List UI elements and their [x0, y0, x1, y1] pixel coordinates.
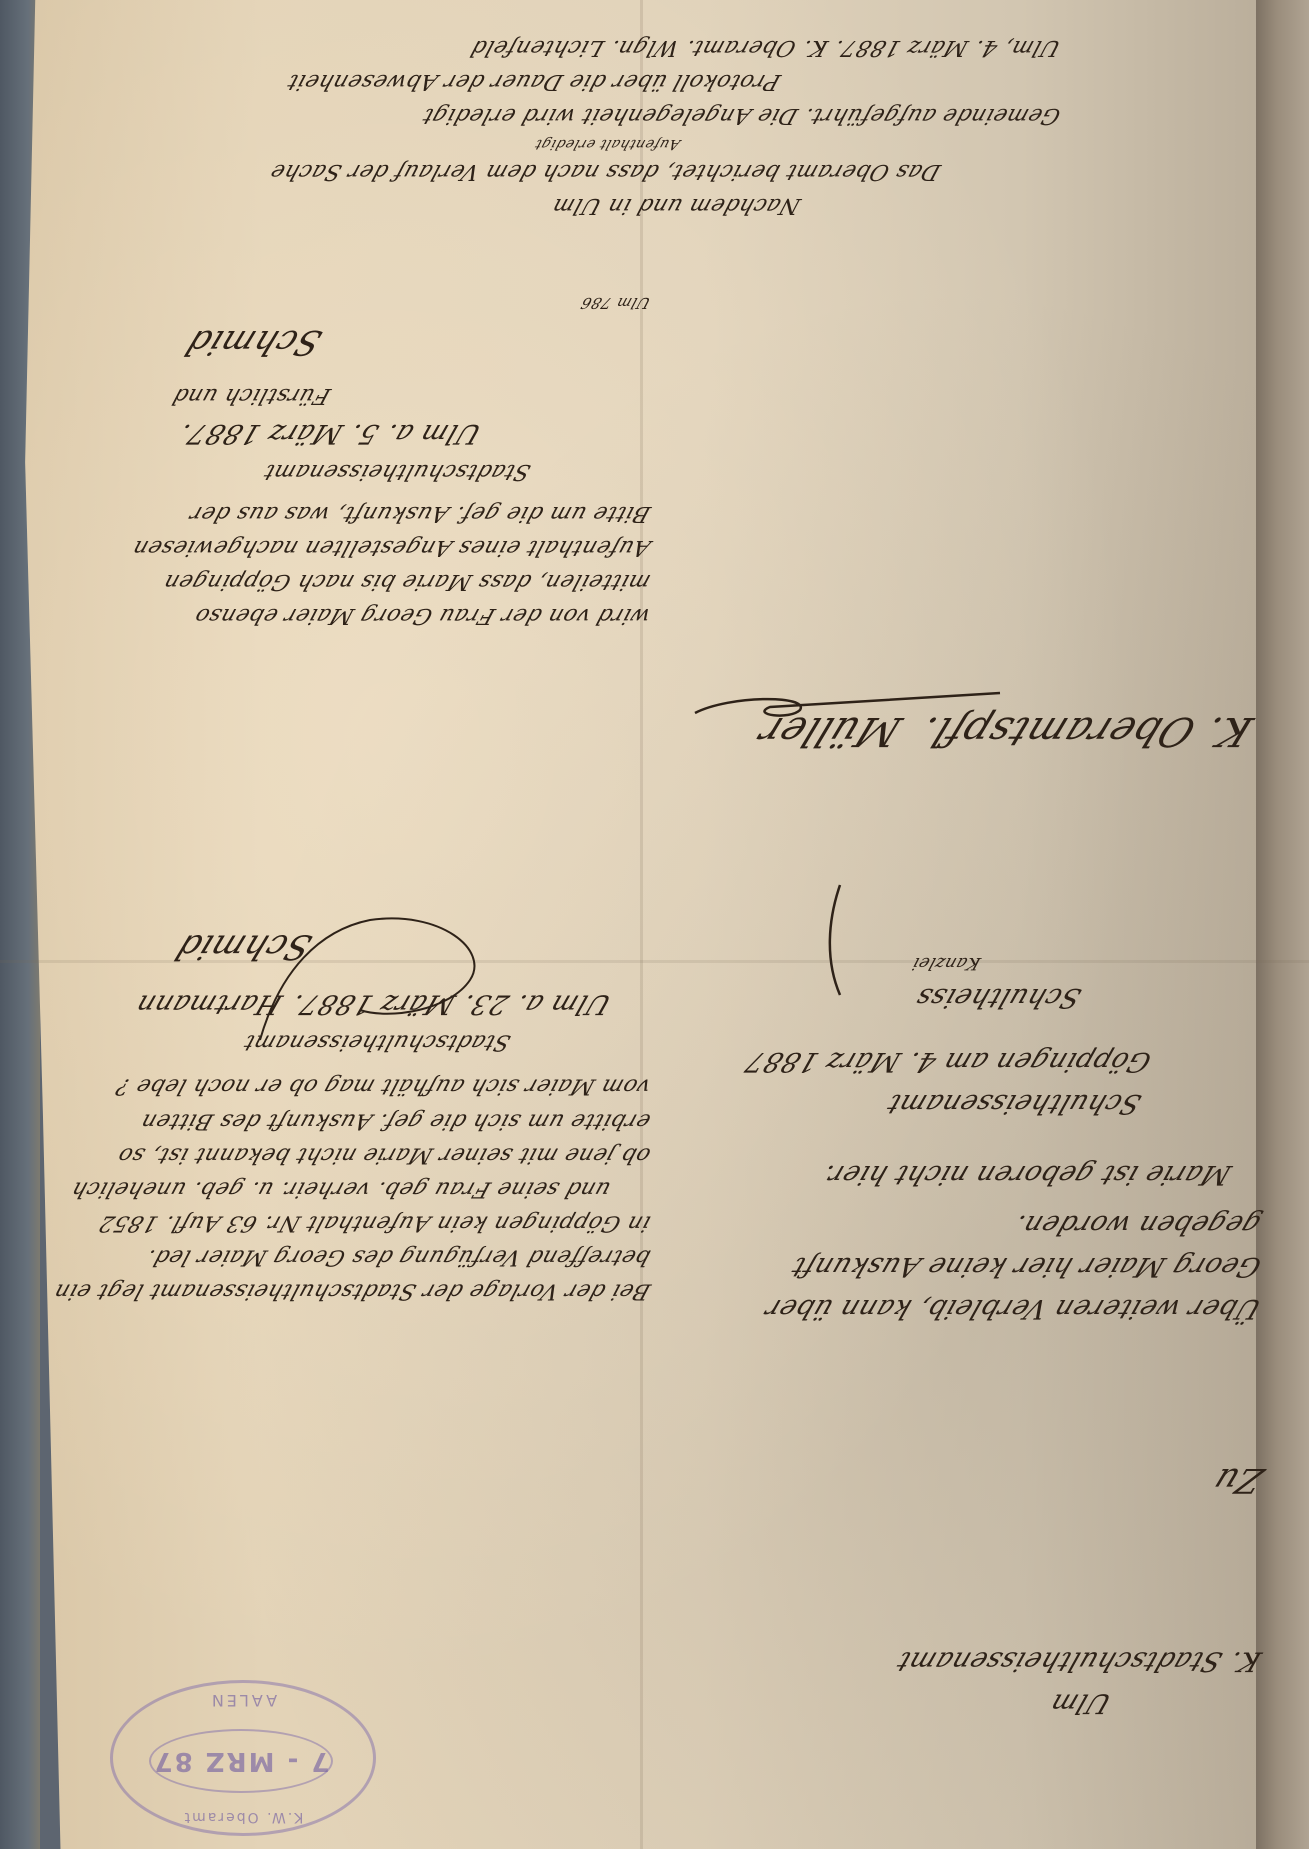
middle-left-text-block: wird von der Frau Georg Maier ebenso mit… — [60, 290, 650, 632]
text-line: gegeben worden. — [1008, 1204, 1268, 1246]
text-line: in Göppingen kein Aufenthalt Nr. 63 Aufl… — [94, 1205, 655, 1239]
signature: Schmid — [177, 315, 330, 368]
text-line: wird von der Frau Georg Maier ebenso — [190, 598, 656, 632]
text-line: Aufenthalt eines Angestellten nachgewies… — [128, 530, 656, 564]
signature: Schmid — [167, 920, 320, 973]
signature: Schultheiss — [909, 976, 1087, 1018]
addressee-place: Ulm — [1044, 1682, 1118, 1724]
section-marker: Zu — [1215, 1460, 1262, 1500]
office-line: Schultheissenamt — [881, 1082, 1148, 1124]
date-line: Göppingen am 4. März 1887 — [739, 1040, 1157, 1082]
text-line: Ulm, 4. März 1887. K. Oberamt. Wlgn. Lic… — [466, 30, 1065, 64]
text-line: Über weiteren Verbleib, kann über — [759, 1287, 1268, 1329]
date-line: Ulm a. 23. März 1887. — [285, 983, 618, 1025]
lower-left-text-block: Bei der Vorlage der Stadtschultheissenam… — [50, 920, 650, 1307]
text-line: Das Oberamt berichtet, dass nach dem Ver… — [265, 154, 945, 188]
second-signature-block: Schultheiss Kanzlei — [820, 950, 1080, 1018]
text-line: Bei der Vorlage der Stadtschultheissenam… — [49, 1273, 655, 1307]
marginal-note: Aufenthalt erledigt — [532, 132, 683, 154]
text-line: Marie ist geboren nicht hier. — [816, 1154, 1238, 1196]
office-stamp: K.W. Oberamt 7 - MRZ 87 AALEN — [110, 1680, 376, 1836]
text-line: Gemeinde aufgeführt. Die Angelegenheit w… — [418, 98, 1066, 132]
text-line: erbitte um sich die gef. Auskunft des Bi… — [136, 1103, 655, 1137]
office-line: Stadtschultheissenamt — [259, 453, 535, 487]
stamp-ring-text: K.W. Oberamt — [113, 1809, 373, 1825]
stamp-place: AALEN — [113, 1691, 373, 1710]
text-line: ob jene mit seiner Marie nicht bekannt i… — [113, 1137, 655, 1171]
text-line: betreffend Verfügung des Georg Maier led… — [142, 1239, 656, 1273]
signature-name: Hartmann — [130, 983, 289, 1025]
title-line: Fürstlich und — [168, 377, 336, 411]
page-edge-shadow — [1256, 0, 1309, 1849]
text-line: Georg Maier hier keine Auskunft — [785, 1245, 1267, 1287]
signature-title: Kanzlei — [909, 950, 985, 976]
top-text-block: Nachdem und in Ulm Das Oberamt berichtet… — [40, 30, 1060, 222]
stamp-date: 7 - MRZ 87 — [149, 1729, 333, 1793]
signature: Müller — [749, 700, 912, 762]
text-line: und seine Frau geb. verheir. u. geb. une… — [67, 1171, 616, 1205]
annotation: Ulm 786 — [578, 291, 654, 314]
addressee-block: Ulm K. Stadtschultheissenamt — [940, 1640, 1260, 1724]
addressee-line: K. Stadtschultheissenamt — [891, 1640, 1268, 1682]
date-line: Ulm a. 5. März 1887. — [172, 412, 487, 454]
lower-right-text-block: Über weiteren Verbleib, kann über Georg … — [690, 1040, 1260, 1329]
text-line: Protokoll über die Dauer der Abwesenheit — [283, 64, 786, 98]
text-line: Nachdem und in Ulm — [548, 188, 806, 222]
text-line: mitteilen, dass Marie bis nach Göppingen — [159, 564, 656, 598]
signature-prefix: K. Oberamtspfl. — [909, 700, 1262, 762]
text-line: Bitte um die gef. Auskunft, was aus der — [185, 496, 655, 530]
office-line: Stadtschultheissenamt — [239, 1025, 515, 1059]
middle-right-signature-block: K. Oberamtspfl. Müller — [700, 700, 1260, 762]
text-line: vom Maier sich aufhält mag ob er noch le… — [112, 1069, 656, 1103]
